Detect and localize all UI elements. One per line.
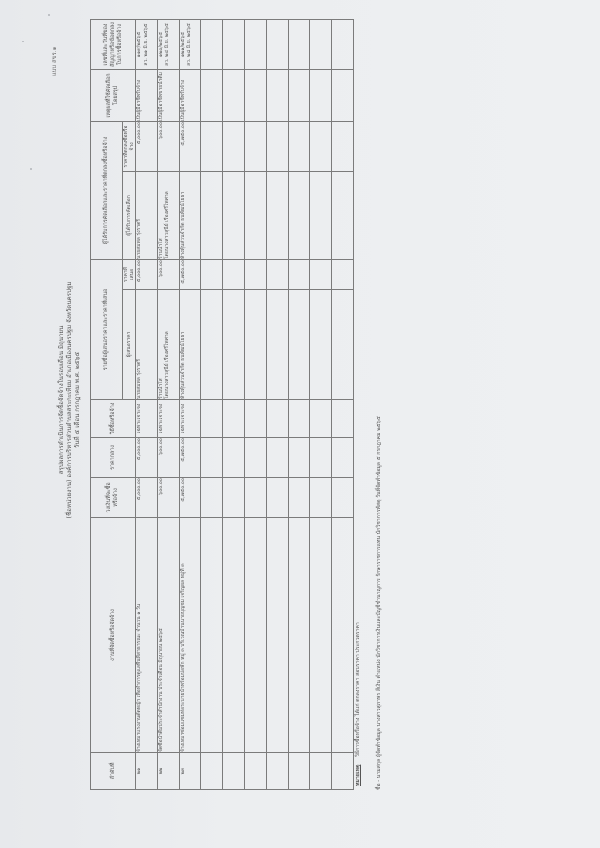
cell-item: จ้างเหมาแรงงานตัดหญ้า เพื่อทำการดูแลพื้น… <box>136 518 158 753</box>
note-text: วิธีการซื้อหรือจ้าง ได้แก่ ตกลงราคา สอบร… <box>355 622 361 757</box>
cell-selected-name: ห้างหุ้นส่วนจำกัด ธนพัฒน์โยธา <box>179 172 201 260</box>
cell-budget: ๕,๐๐๐.๐๐ <box>136 478 158 518</box>
cell-method: เฉพาะเจาะจง <box>157 400 179 438</box>
header-row: ลำดับที่ งานที่จัดซื้อหรือจัดจ้าง วงเงิน… <box>91 19 123 789</box>
cell-bid-price: ๖๐๐.๐๐ <box>157 260 179 290</box>
header-budget: วงเงินที่จะซื้อหรือจ้าง <box>91 478 136 518</box>
cell-agreed-price: ๖๐๐.๐๐ <box>157 121 179 171</box>
cell-no: ๒๑ <box>136 753 158 790</box>
procurement-summary-sheet: แบบ สขร.๑ สรุปผลการดำเนินการจัดซื้อจัดจ้… <box>0 0 600 848</box>
cell-budget: ๕,๗๕๐.๐๐ <box>179 478 201 518</box>
cell-budget: ๖๐๐.๐๐ <box>157 478 179 518</box>
cell-selected-name: นายสมพล รุ่งราตรี <box>136 172 158 260</box>
title-line-2: (ชื่อหน่วยงาน) องค์การบริหารส่วนตำบลสระก… <box>66 200 74 600</box>
cell-method: เฉพาะเจาะจง <box>179 400 201 438</box>
cell-median-price: ๖๐๐.๐๐ <box>157 438 179 478</box>
table-row: ๒๒ จัดซื้อน้ำดื่มประจำสำนักงาน ประจำเดือ… <box>157 19 179 789</box>
footer-prepared-by: ชื่อ - นามสกุล ผู้จัดทำข้อมูล นางสาวสุภา… <box>375 416 383 790</box>
note-label: หมายเหตุ <box>355 765 361 786</box>
cell-reason: เป็นผู้มีอาชีพรับจ้าง <box>136 69 158 121</box>
header-agreed-price: ราคาที่ตกลงซื้อหรือจ้าง <box>123 121 136 171</box>
header-method: วิธีซื้อหรือจ้าง <box>91 400 136 438</box>
cell-bid-price: ๕,๐๐๐.๐๐ <box>136 260 158 290</box>
cell-no: ๒๓ <box>179 753 201 790</box>
header-bid-price: ราคาที่เสนอ <box>123 260 136 290</box>
cell-no: ๒๒ <box>157 753 179 790</box>
header-bidder-name: ผู้เสนอราคา <box>123 290 136 400</box>
cell-bidder-name: ร้านน้ำใส โดยนางสาวสุนีย์ เรืองศรีไพศาล <box>157 290 179 400</box>
empty-table-row <box>288 19 310 789</box>
cell-selected-name: ร้านน้ำใส โดยนางสาวสุนีย์ เรืองศรีไพศาล <box>157 172 179 260</box>
header-bidders-group: รายชื่อผู้เสนอราคาและราคาที่เสนอ <box>91 260 123 400</box>
empty-table-row <box>201 19 223 789</box>
empty-table-row <box>310 19 332 789</box>
cell-contract: ๑๒๐/๒๕๖๕ ลว. ๒๔ มิ.ย. ๒๕๖๕ <box>157 19 179 69</box>
form-code: แบบ สขร.๑ <box>51 47 59 76</box>
scanned-page: แบบ สขร.๑ สรุปผลการดำเนินการจัดซื้อจัดจ้… <box>0 0 600 848</box>
cell-reason: เป็นผู้มีอาชีพรับจ้าง <box>179 69 201 121</box>
cell-method: เฉพาะเจาะจง <box>136 400 158 438</box>
cell-contract: ๑๒๑/๒๕๖๕ ลว. ๒๘ มิ.ย. ๒๕๖๕ <box>179 19 201 69</box>
header-item: งานที่จัดซื้อหรือจัดจ้าง <box>91 518 136 753</box>
procurement-table: ลำดับที่ งานที่จัดซื้อหรือจัดจ้าง วงเงิน… <box>90 19 354 790</box>
cell-bidder-name: ห้างหุ้นส่วนจำกัด ธนพัฒน์โยธา <box>179 290 201 400</box>
cell-item: จ้างเหมาซ่อมแซมท่อระบายน้ำพร้อมบ่อพัก หม… <box>179 518 201 753</box>
cell-median-price: ๕,๐๐๐.๐๐ <box>136 438 158 478</box>
header-contract: เลขที่และวันที่ของสัญญาหรือข้อตกลงในการซ… <box>91 19 136 69</box>
footer-note: หมายเหตุ วิธีการซื้อหรือจ้าง ได้แก่ ตกลง… <box>354 622 362 786</box>
title-line-3: วันที่ ๕ เดือน กรกฎาคม พ.ศ. ๒๕๖๕ <box>74 200 82 600</box>
empty-table-row <box>244 19 266 789</box>
cell-item: จัดซื้อน้ำดื่มประจำสำนักงาน ประจำเดือน ม… <box>157 518 179 753</box>
cell-median-price: ๕,๗๕๐.๐๐ <box>179 438 201 478</box>
document-title: สรุปผลการดำเนินการจัดซื้อจัดจ้างในรอบเดื… <box>58 200 82 600</box>
header-reason: เหตุผลที่ใช้คัดเลือกโดยสรุป <box>91 69 136 121</box>
header-selected-name: ผู้ได้รับการคัดเลือก <box>123 172 136 260</box>
header-median-price: ราคากลาง <box>91 438 136 478</box>
table-row: ๒๓ จ้างเหมาซ่อมแซมท่อระบายน้ำพร้อมบ่อพัก… <box>179 19 201 789</box>
empty-table-row <box>223 19 245 789</box>
cell-agreed-price: ๕,๗๕๐.๐๐ <box>179 121 201 171</box>
cell-agreed-price: ๕,๐๐๐.๐๐ <box>136 121 158 171</box>
empty-table-row <box>266 19 288 789</box>
title-line-1: สรุปผลการดำเนินการจัดซื้อจัดจ้างในรอบเดื… <box>58 200 66 600</box>
cell-reason: เป็นผู้มีอาชีพขายน้ำดื่ม <box>157 69 179 121</box>
table-row: ๒๑ จ้างเหมาแรงงานตัดหญ้า เพื่อทำการดูแลพ… <box>136 19 158 789</box>
header-no: ลำดับที่ <box>91 753 136 790</box>
cell-bidder-name: นายสมพล รุ่งราตรี <box>136 290 158 400</box>
cell-bid-price: ๕,๗๕๐.๐๐ <box>179 260 201 290</box>
header-selected-group: ผู้ได้รับการคัดเลือกและราคาที่ตกลงซื้อหร… <box>91 121 123 259</box>
empty-table-row <box>332 19 354 789</box>
cell-contract: ๑๑๙/๒๕๖๕ ลว. ๒๑ มิ.ย. ๒๕๖๕ <box>136 19 158 69</box>
